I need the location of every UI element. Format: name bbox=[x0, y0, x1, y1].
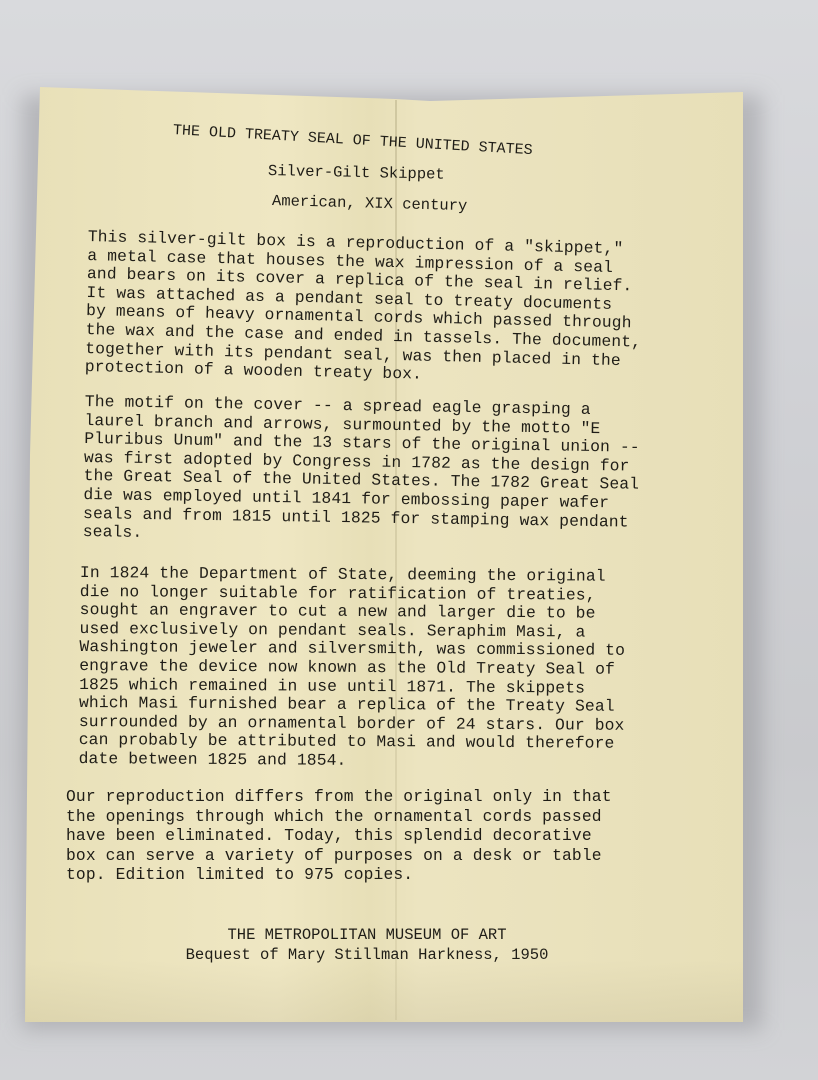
paper-bottom-shade bbox=[25, 960, 743, 1022]
paragraph-line: box can serve a variety of purposes on a… bbox=[66, 846, 612, 866]
document-subtitle: Silver-Gilt Skippet bbox=[268, 162, 445, 184]
paragraph-line: Our reproduction differs from the origin… bbox=[66, 787, 612, 807]
footer-credit: Bequest of Mary Stillman Harkness, 1950 bbox=[117, 945, 617, 965]
paragraph-3: In 1824 the Department of State, deeming… bbox=[79, 564, 626, 772]
paragraph-line: the openings through which the ornamenta… bbox=[66, 807, 612, 827]
paragraph-1: This silver-gilt box is a reproduction o… bbox=[85, 228, 644, 389]
paragraph-4: Our reproduction differs from the origin… bbox=[66, 787, 612, 885]
document-footer: THE METROPOLITAN MUSEUM OF ART Bequest o… bbox=[117, 925, 617, 965]
footer-institution: THE METROPOLITAN MUSEUM OF ART bbox=[117, 925, 617, 945]
paragraph-2: The motif on the cover -- a spread eagle… bbox=[83, 393, 641, 550]
paragraph-line: date between 1825 and 1854. bbox=[79, 750, 625, 772]
paragraph-line: top. Edition limited to 975 copies. bbox=[66, 865, 612, 885]
paragraph-line: have been eliminated. Today, this splend… bbox=[66, 826, 612, 846]
